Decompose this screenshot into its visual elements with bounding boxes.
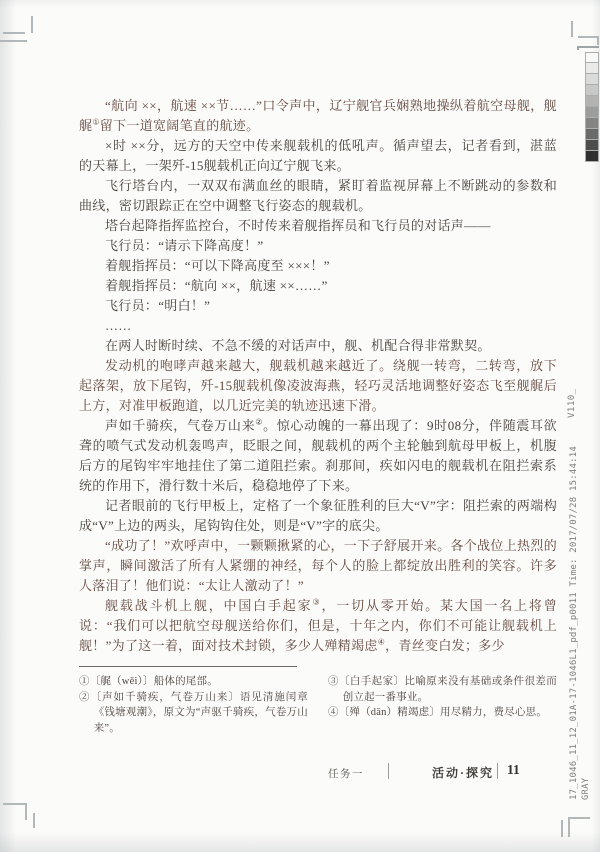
footnote-column-right: ③〔白手起家〕比喻原来没有基础或条件很差而创立起一番事业。④〔殚（dān）精竭虑… (328, 674, 557, 736)
crop-mark-bottom-right (568, 817, 570, 837)
paragraph: 声如千骑疾，气卷万山来②。惊心动魄的一幕出现了：9时08分，伴随震耳欲聋的喷气式… (79, 416, 557, 496)
paragraph: 着舰指挥员：“航向 ××，航速 ××……” (79, 276, 557, 296)
grayscale-strip (585, 52, 599, 162)
paragraph: 飞行员：“请示下降高度！” (79, 236, 557, 256)
footnote-item: ②〔声如千骑疾，气卷万山来〕语见清施闰章《钱塘观潮》，原文为“声驱千骑疾，气卷万… (79, 690, 308, 737)
grayscale-cell (585, 52, 599, 63)
paragraph: 着舰指挥员：“可以下降高度至 ×××！” (79, 256, 557, 276)
scan-shadow-left (0, 0, 16, 852)
footer-divider (388, 763, 389, 779)
footer-divider (497, 763, 498, 779)
footer-section-label: 活动·探究 (432, 764, 494, 781)
scan-shadow-top (0, 0, 600, 8)
paragraph: 记者眼前的飞行甲板上，定格了一个象征胜利的巨大“V”字：阻拦索的两端构成“V”上… (79, 496, 557, 536)
paragraph: 塔台起降指挥监控台，不时传来着舰指挥员和飞行员的对话声—— (79, 216, 557, 236)
crop-mark-bottom-left (25, 803, 27, 820)
grayscale-cell (585, 74, 599, 85)
paragraph: …… (79, 316, 557, 336)
grayscale-cell (585, 151, 599, 162)
side-version-label: V110_ (567, 388, 577, 418)
grayscale-cell (585, 140, 599, 151)
paragraph: 飞行塔台内，一双双布满血丝的眼睛，紧盯着监视屏幕上不断跳动的参数和曲线，密切跟踪… (79, 176, 557, 216)
footnote-column-left: ①〔艉（wěi）〕船体的尾部。②〔声如千骑疾，气卷万山来〕语见清施闰章《钱塘观潮… (79, 674, 308, 736)
grayscale-strip-bracket (577, 46, 599, 50)
crop-mark-top-left (3, 32, 25, 34)
paragraph: ×时 ××分，远方的天空中传来舰载机的低吼声。循声望去，记者看到，湛蓝的天幕上，… (79, 136, 557, 176)
crop-mark-top-right (597, 36, 599, 45)
footnote-block: ①〔艉（wěi）〕船体的尾部。②〔声如千骑疾，气卷万山来〕语见清施闰章《钱塘观潮… (79, 666, 557, 736)
footnote-marker: ③ (312, 598, 321, 607)
grayscale-cell (585, 96, 599, 107)
footnote-marker: ② (255, 418, 263, 427)
footnote-item: ③〔白手起家〕比喻原来没有基础或条件很差而创立起一番事业。 (328, 674, 557, 705)
grayscale-cell (585, 85, 599, 96)
footnote-marker: ④ (378, 638, 385, 647)
footnote-marker: ① (92, 118, 99, 127)
crop-mark-top-right (571, 21, 573, 37)
footer-page-number: 11 (507, 762, 520, 778)
paragraph: “成功了！”欢呼声中，一颗颗揪紧的心，一下子舒展开来。各个战位上热烈的掌声，瞬间… (79, 536, 557, 596)
paragraph: “航向 ××，航速 ××节……”口令声中，辽宁舰官兵娴熟地操纵着航空母舰，舰艉①… (79, 96, 557, 136)
crop-mark-bottom-left (33, 813, 35, 828)
footnote-item: ①〔艉（wěi）〕船体的尾部。 (79, 674, 308, 690)
paragraph: 在两人时断时续、不急不缓的对话声中，舰、机配合得非常默契。 (79, 336, 557, 356)
paragraph: 舰载战斗机上舰，中国白手起家③，一切从零开始。某大国一名上将曾说：“我们可以把航… (79, 596, 557, 656)
grayscale-cell (585, 118, 599, 129)
body-text: “航向 ××，航速 ××节……”口令声中，辽宁舰官兵娴熟地操纵着航空母舰，舰艉①… (79, 96, 557, 656)
grayscale-cell (585, 63, 599, 74)
side-file-label: 17_1046_11_12_01A-17-1046L1_pdf_p0011 Ti… (569, 446, 579, 800)
side-color-mode-label: GRAY (581, 778, 591, 800)
crop-mark-bottom-left (3, 803, 25, 805)
crop-mark-top-right (578, 36, 599, 38)
crop-mark-top-left (0, 40, 27, 42)
crop-mark-top-left (31, 16, 33, 33)
footnote-divider (79, 666, 297, 667)
grayscale-cell (585, 107, 599, 118)
paragraph: 发动机的咆哮声越来越大，舰载机越来越近了。绕舰一转弯，二转弯，放下起落架，放下尾… (79, 356, 557, 416)
crop-mark-bottom-right (561, 820, 563, 837)
paragraph: 飞行员：“明白！” (79, 296, 557, 316)
grayscale-cell (585, 129, 599, 140)
scan-shadow-bottom (0, 832, 600, 852)
footer-task-label: 任务一 (328, 766, 364, 781)
crop-mark-bottom-right (568, 817, 590, 819)
footnote-item: ④〔殚（dān）精竭虑〕用尽精力，费尽心思。 (328, 705, 557, 721)
